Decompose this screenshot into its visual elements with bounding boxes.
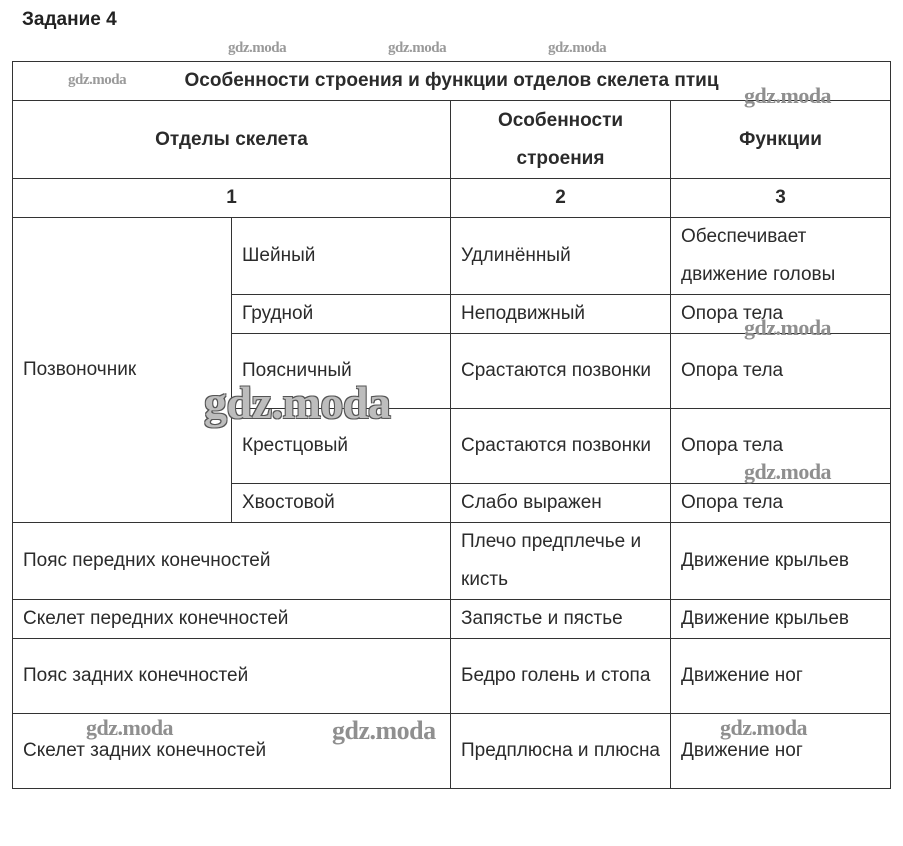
watermark: gdz.moda <box>388 40 446 57</box>
table-caption-row: Особенности строения и функции отделов с… <box>13 62 891 101</box>
section-cell: Шейный <box>232 218 451 295</box>
function-cell: Опора тела <box>671 295 891 334</box>
table-row: Скелет передних конечностей Запястье и п… <box>13 600 891 639</box>
table-row: Скелет задних конечностей Предплюсна и п… <box>13 714 891 789</box>
function-cell: Движение крыльев <box>671 600 891 639</box>
section-cell: Хвостовой <box>232 484 451 523</box>
column-number-3: 3 <box>671 179 891 218</box>
vertebral-column-label: Позвоночник <box>13 218 232 523</box>
section-cell: Пояс передних конечностей <box>13 523 451 600</box>
column-number-2: 2 <box>451 179 671 218</box>
column-number-row: 1 2 3 <box>13 179 891 218</box>
structure-cell: Бедро голень и стопа <box>451 639 671 714</box>
section-cell: Скелет передних конечностей <box>13 600 451 639</box>
watermark: gdz.moda <box>548 40 606 57</box>
structure-cell: Срастаются позвонки <box>451 334 671 409</box>
table-row: Позвоночник Шейный Удлинённый Обеспечива… <box>13 218 891 295</box>
structure-cell: Неподвижный <box>451 295 671 334</box>
structure-cell: Запястье и пястье <box>451 600 671 639</box>
function-cell: Опора тела <box>671 409 891 484</box>
table-header-row: Отделы скелета Особенности строения Функ… <box>13 101 891 179</box>
header-functions: Функции <box>671 101 891 179</box>
structure-cell: Плечо предплечье и кисть <box>451 523 671 600</box>
function-cell: Движение ног <box>671 639 891 714</box>
function-cell: Движение крыльев <box>671 523 891 600</box>
structure-cell: Слабо выражен <box>451 484 671 523</box>
section-cell: Грудной <box>232 295 451 334</box>
column-number-1: 1 <box>13 179 451 218</box>
function-cell: Движение ног <box>671 714 891 789</box>
table-row: Пояс задних конечностей Бедро голень и с… <box>13 639 891 714</box>
table-caption: Особенности строения и функции отделов с… <box>13 62 891 101</box>
section-cell: Скелет задних конечностей <box>13 714 451 789</box>
structure-cell: Срастаются позвонки <box>451 409 671 484</box>
section-cell: Пояс задних конечностей <box>13 639 451 714</box>
watermark: gdz.moda <box>228 40 286 57</box>
task-title: Задание 4 <box>22 9 117 31</box>
header-structure: Особенности строения <box>451 101 671 179</box>
function-cell: Опора тела <box>671 334 891 409</box>
function-cell: Опора тела <box>671 484 891 523</box>
section-cell: Поясничный <box>232 334 451 409</box>
function-cell: Обеспечивает движение головы <box>671 218 891 295</box>
table-row: Пояс передних конечностей Плечо предплеч… <box>13 523 891 600</box>
structure-cell: Удлинённый <box>451 218 671 295</box>
structure-cell: Предплюсна и плюсна <box>451 714 671 789</box>
skeleton-table: Особенности строения и функции отделов с… <box>12 61 891 789</box>
header-sections: Отделы скелета <box>13 101 451 179</box>
section-cell: Крестцовый <box>232 409 451 484</box>
